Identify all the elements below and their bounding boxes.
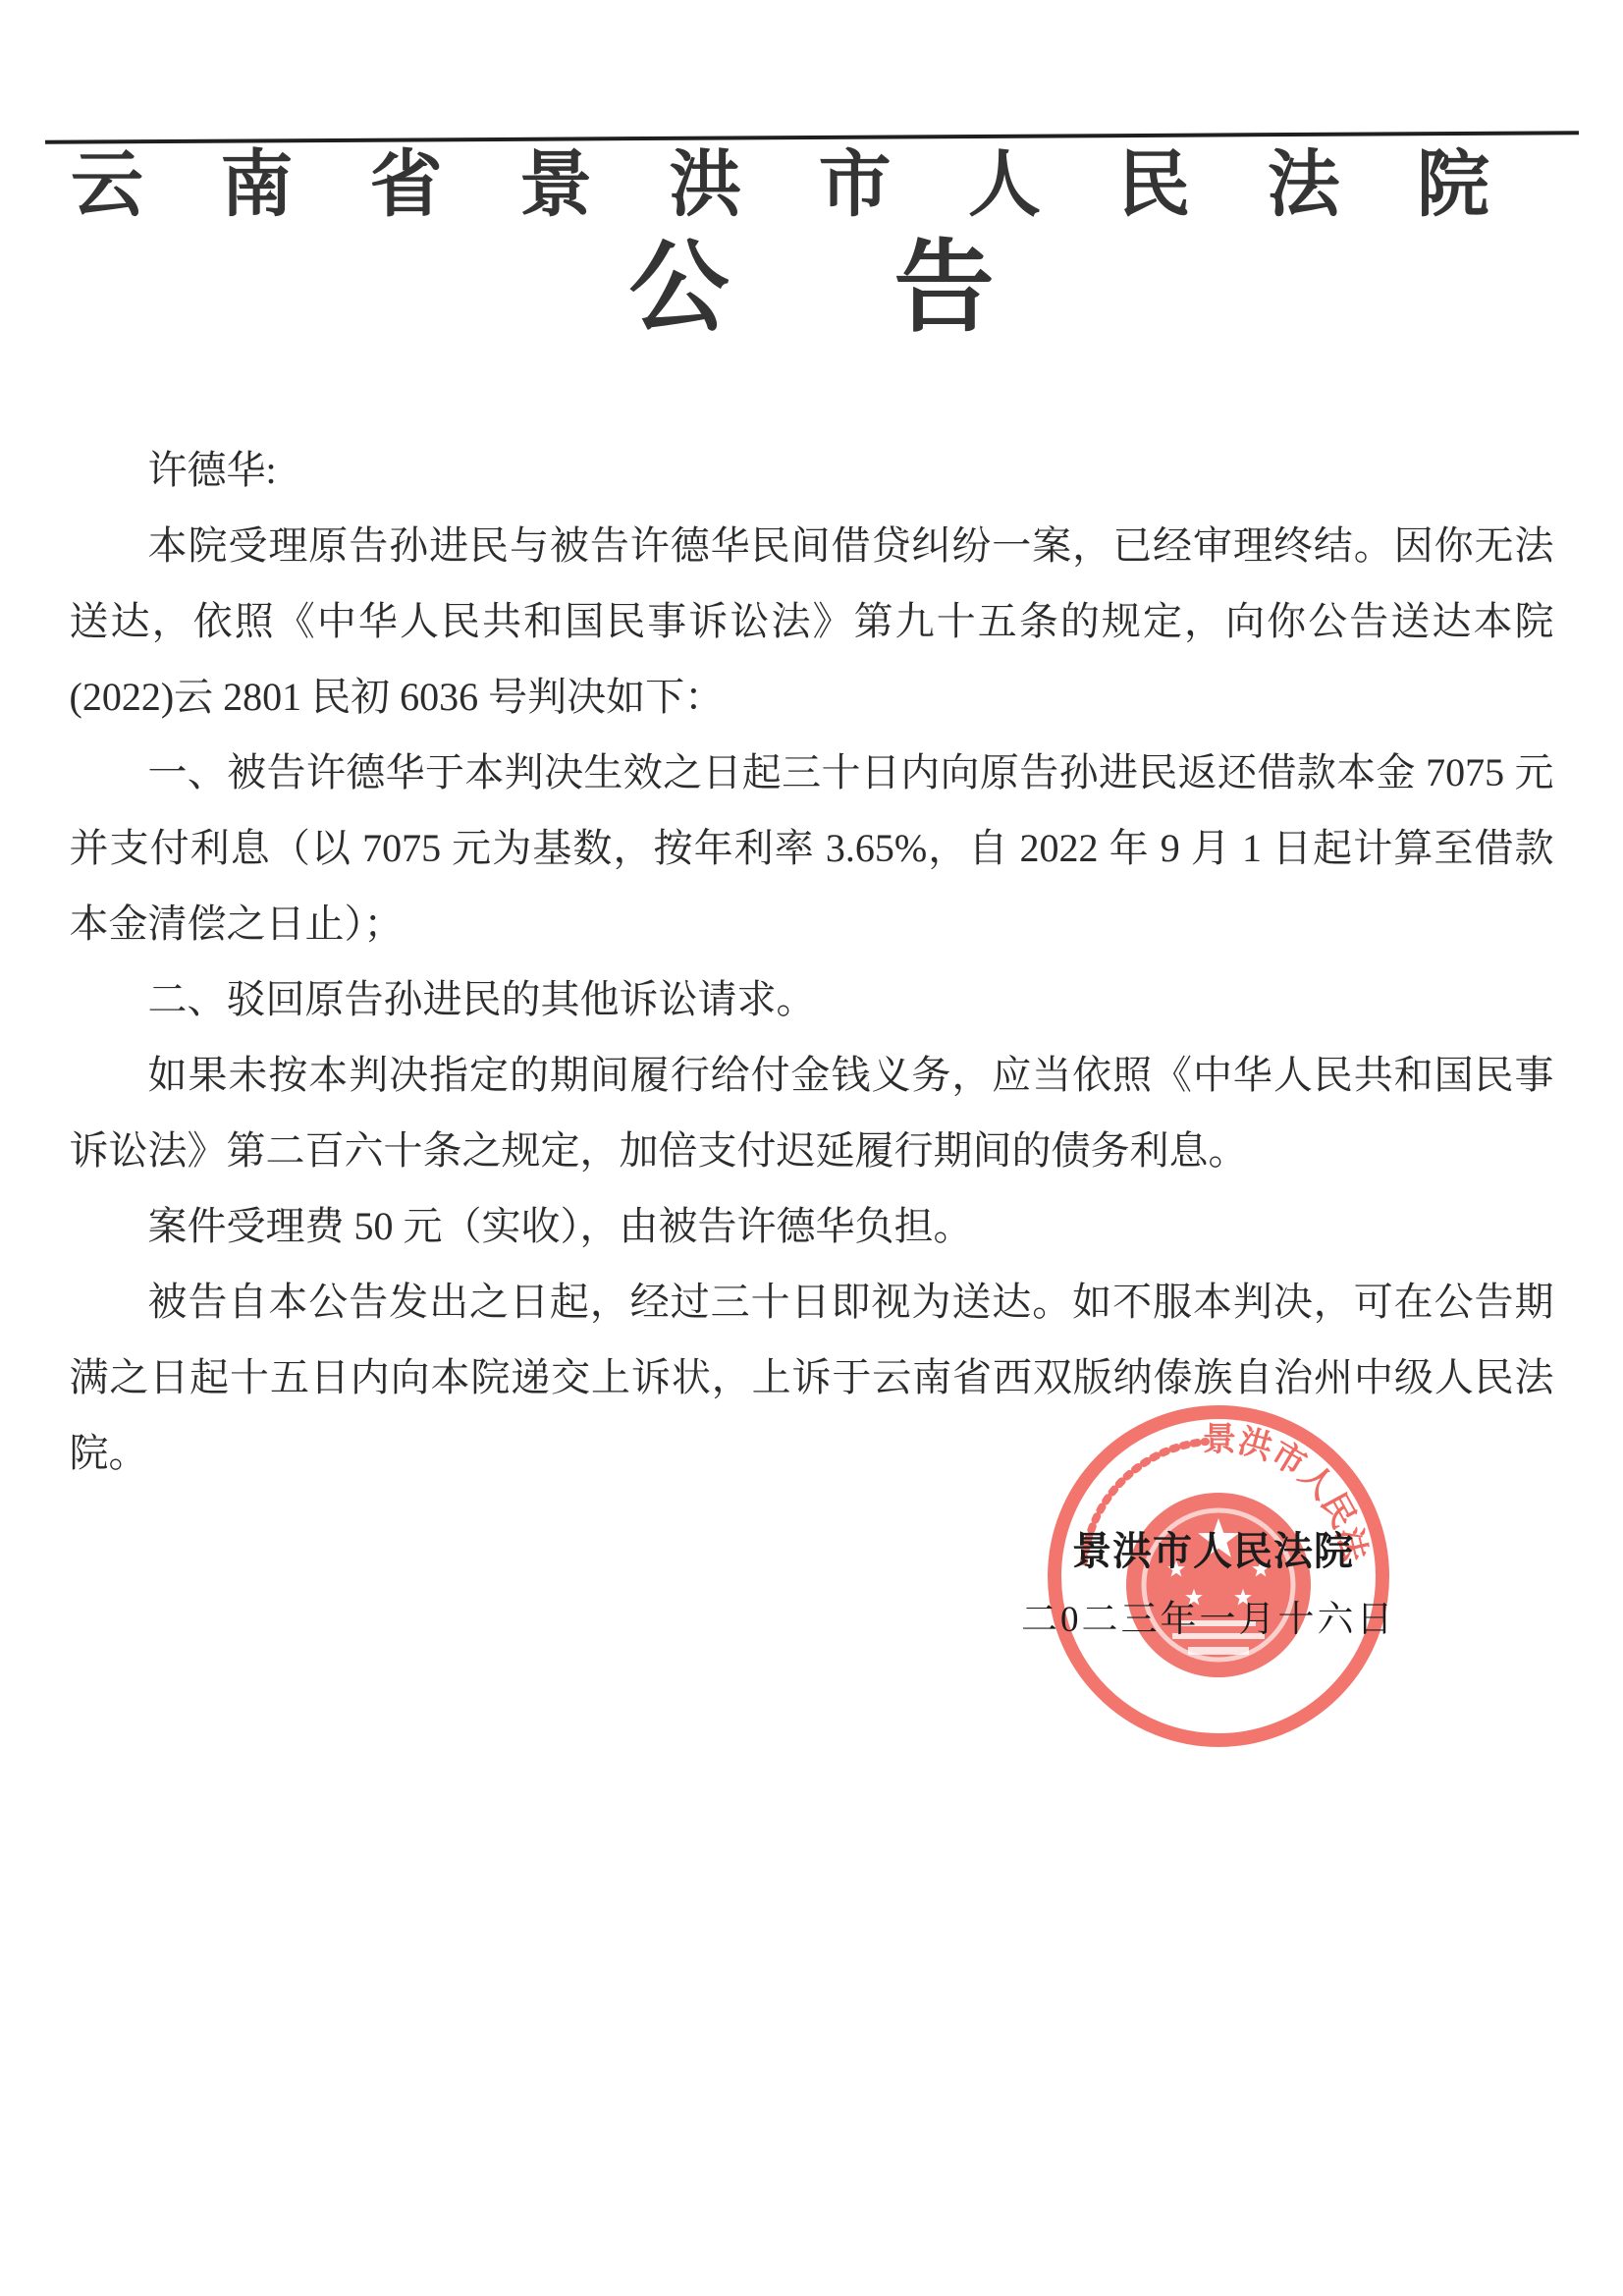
- announcement-body: 许德华: 本院受理原告孙进民与被告许德华民间借贷纠纷一案，已经审理终结。因你无法…: [70, 432, 1554, 1491]
- paragraph-court-fee: 案件受理费 50 元（实收），由被告许德华负担。: [70, 1188, 1554, 1264]
- recipient-name: 许德华:: [70, 432, 1554, 508]
- official-seal: 景洪市人民法院: [1039, 1396, 1398, 1756]
- paragraph-judgment-item-1: 一、被告许德华于本判决生效之日起三十日内向原告孙进民返还借款本金 7075 元并…: [70, 735, 1554, 961]
- header-divider: [45, 131, 1579, 144]
- court-announcement-page: 云南省景洪市人民法院 公告 许德华: 本院受理原告孙进民与被告许德华民间借贷纠纷…: [0, 0, 1623, 2296]
- paragraph-case-summary: 本院受理原告孙进民与被告许德华民间借贷纠纷一案，已经审理终结。因你无法送达，依照…: [70, 508, 1554, 735]
- paragraph-late-interest-clause: 如果未按本判决指定的期间履行给付金钱义务，应当依照《中华人民共和国民事诉讼法》第…: [70, 1037, 1554, 1188]
- document-title: 公告: [629, 237, 995, 342]
- signature-court-name: 景洪市人民法院: [1072, 1520, 1354, 1576]
- paragraph-judgment-item-2: 二、驳回原告孙进民的其他诉讼请求。: [70, 961, 1554, 1037]
- court-name-heading: 云南省景洪市人民法院: [71, 145, 1489, 227]
- signature-date: 二0二三年一月十六日: [1021, 1589, 1396, 1642]
